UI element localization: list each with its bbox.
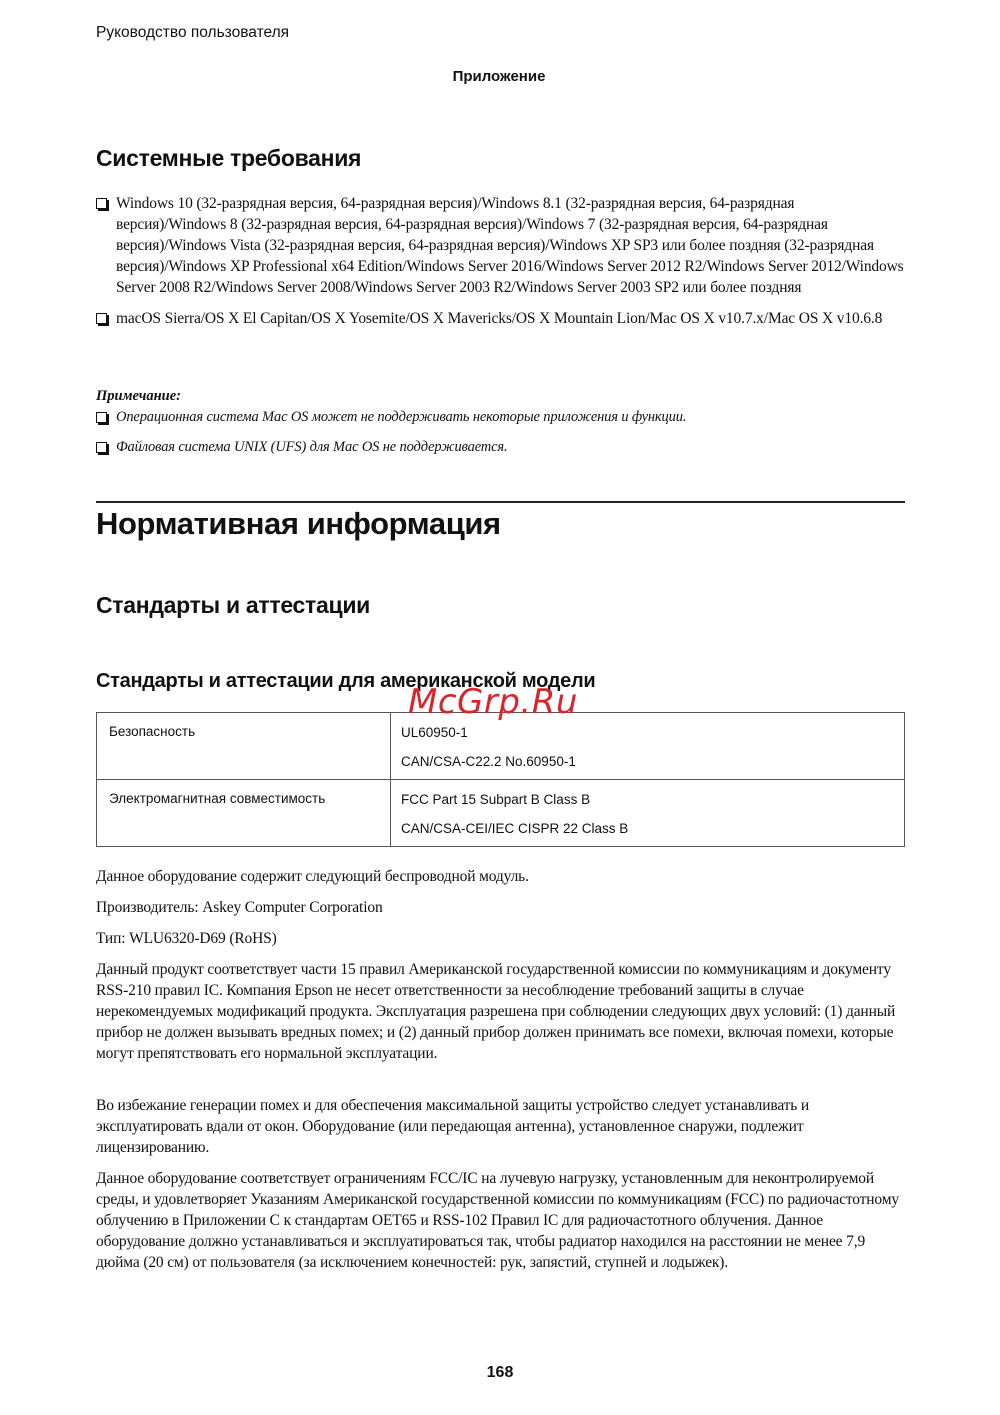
checkbox-bullet-icon <box>96 313 107 324</box>
table-row: Безопасность UL60950-1 CAN/CSA-C22.2 No.… <box>97 713 905 780</box>
note-item: Файловая система UNIX (UFS) для Mac OS н… <box>116 439 507 455</box>
checkbox-bullet-icon <box>96 198 107 209</box>
system-requirements-heading: Системные требования <box>96 145 361 172</box>
table-cell-category: Безопасность <box>97 713 391 780</box>
standard-value: UL60950-1 <box>401 718 894 747</box>
system-requirements-list: Windows 10 (32-разрядная версия, 64-разр… <box>96 193 906 329</box>
standards-table: Безопасность UL60950-1 CAN/CSA-C22.2 No.… <box>96 712 905 847</box>
chapter-divider <box>96 501 905 503</box>
note-title: Примечание: <box>96 388 181 405</box>
table-cell-category: Электромагнитная совместимость <box>97 780 391 847</box>
table-cell-values: FCC Part 15 Subpart B Class B CAN/CSA-CE… <box>391 780 905 847</box>
section-header: Приложение <box>0 68 1000 85</box>
standard-value: CAN/CSA-CEI/IEC CISPR 22 Class B <box>401 814 894 843</box>
us-model-heading: Стандарты и аттестации для американской … <box>96 670 595 693</box>
paragraph-module: Данное оборудование содержит следующий б… <box>96 866 906 887</box>
running-header: Руководство пользователя <box>96 24 289 42</box>
paragraph-rf-exposure: Данное оборудование соответствует ограни… <box>96 1168 906 1273</box>
note-item: Операционная система Mac OS может не под… <box>116 409 686 425</box>
standard-value: FCC Part 15 Subpart B Class B <box>401 785 894 814</box>
list-item: Windows 10 (32-разрядная версия, 64-разр… <box>96 193 906 298</box>
paragraph-interference: Во избежание генерации помех и для обесп… <box>96 1095 906 1158</box>
list-item: macOS Sierra/OS X El Capitan/OS X Yosemi… <box>96 308 906 329</box>
checkbox-bullet-icon <box>96 412 107 423</box>
section-label: Приложение <box>453 68 546 85</box>
paragraph-fcc-part15: Данный продукт соответствует части 15 пр… <box>96 959 906 1064</box>
regulatory-heading: Нормативная информация <box>96 506 501 542</box>
standards-heading: Стандарты и аттестации <box>96 592 370 619</box>
checkbox-bullet-icon <box>96 442 107 453</box>
table-row: Электромагнитная совместимость FCC Part … <box>97 780 905 847</box>
list-item: Файловая система UNIX (UFS) для Mac OS н… <box>96 437 906 458</box>
standard-value: CAN/CSA-C22.2 No.60950-1 <box>401 747 894 776</box>
requirement-mac: macOS Sierra/OS X El Capitan/OS X Yosemi… <box>116 310 882 327</box>
table-cell-values: UL60950-1 CAN/CSA-C22.2 No.60950-1 <box>391 713 905 780</box>
paragraph-type: Тип: WLU6320-D69 (RoHS) <box>96 928 906 949</box>
paragraph-manufacturer: Производитель: Askey Computer Corporatio… <box>96 897 906 918</box>
list-item: Операционная система Mac OS может не под… <box>96 407 906 428</box>
page-number: 168 <box>0 1364 1000 1382</box>
requirement-windows: Windows 10 (32-разрядная версия, 64-разр… <box>116 195 904 296</box>
note-list: Операционная система Mac OS может не под… <box>96 407 906 458</box>
